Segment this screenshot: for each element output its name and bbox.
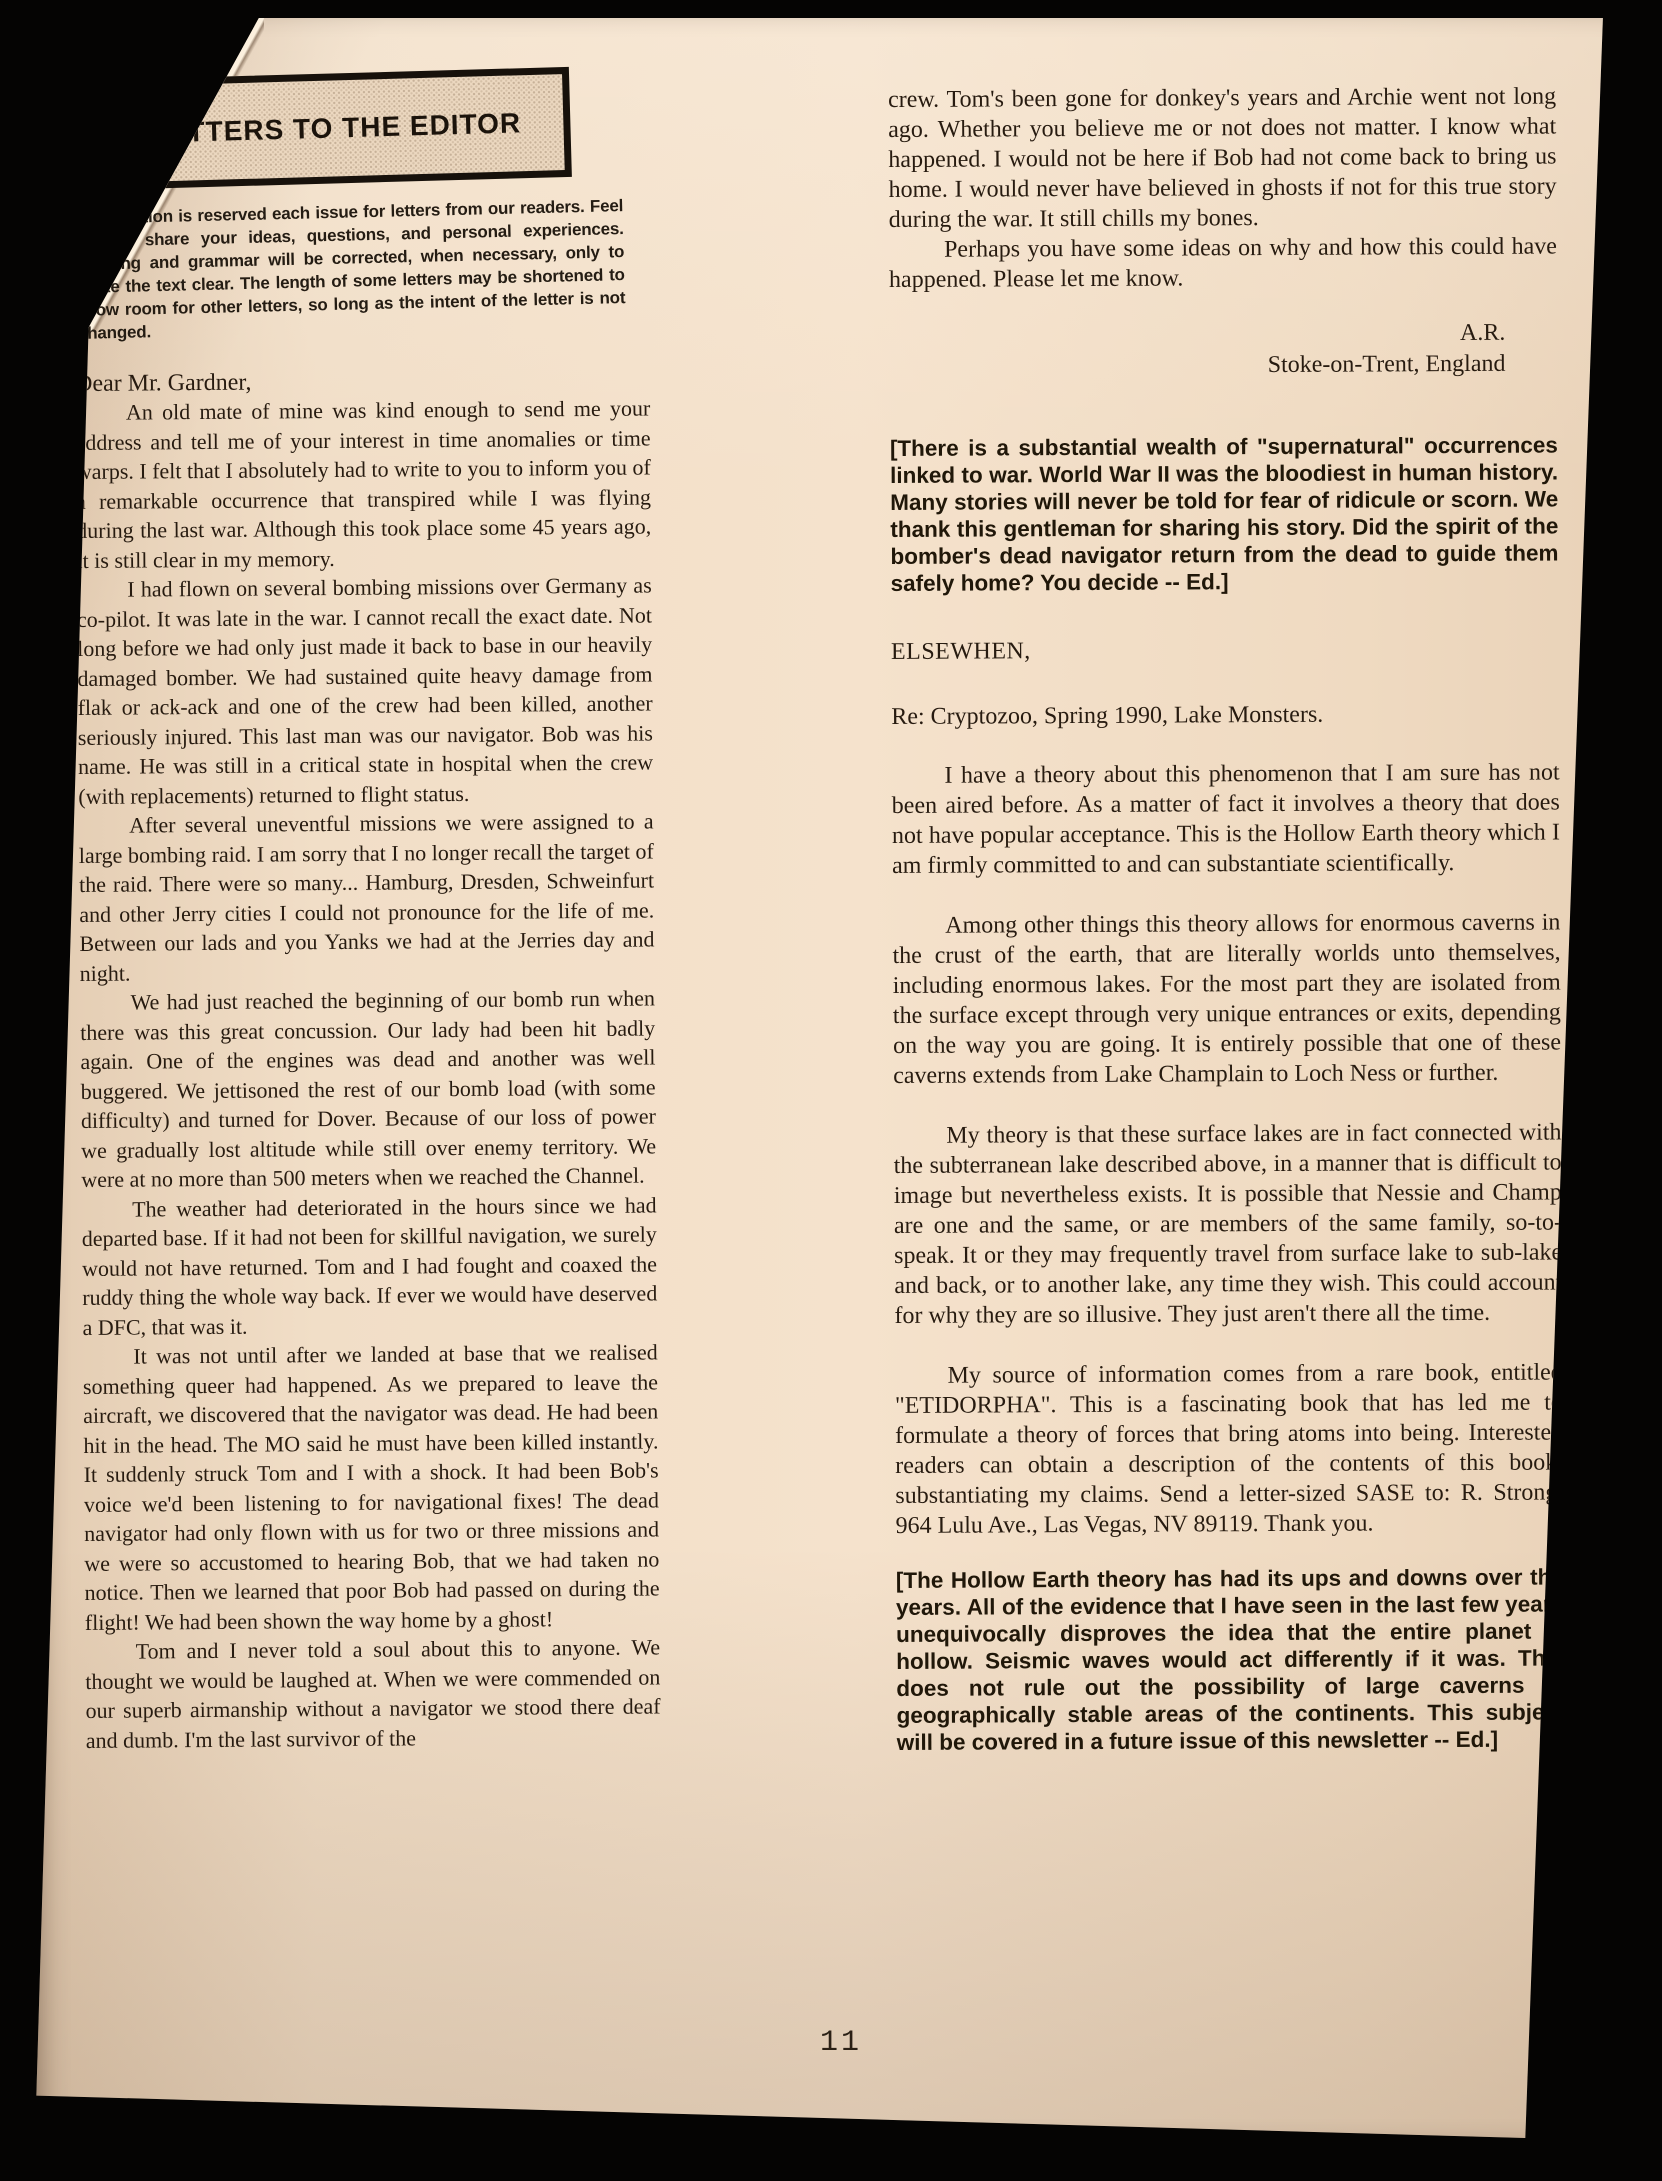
- letter-paragraph: Perhaps you have some ideas on why and h…: [889, 232, 1557, 295]
- elsewhen-heading: ELSEWHEN,: [891, 635, 1559, 665]
- elsewhen-paragraph: My source of information comes from a ra…: [895, 1357, 1564, 1540]
- letter-paragraph: I had flown on several bombing missions …: [77, 570, 654, 811]
- section-intro-text: This section is reserved each issue for …: [75, 194, 626, 345]
- masthead-box: LETTERS TO THE EDITOR: [99, 67, 572, 190]
- letter-paragraph: We had just reached the beginning of our…: [80, 983, 657, 1194]
- letter-signature: A.R. Stoke-on-Trent, England: [889, 317, 1557, 382]
- signature-name: A.R.: [889, 318, 1505, 352]
- elsewhen-paragraph: My theory is that these surface lakes ar…: [893, 1117, 1562, 1330]
- editor-note-hollow-earth: [The Hollow Earth theory has had its ups…: [896, 1563, 1565, 1755]
- page-number: 11: [820, 2026, 862, 2060]
- ghost-letter-right: crew. Tom's been gone for donkey's years…: [888, 82, 1558, 383]
- page-title: LETTERS TO THE EDITOR: [149, 107, 521, 149]
- ghost-letter-left: Dear Mr. Gardner, An old mate of mine wa…: [75, 366, 661, 1754]
- letter-paragraph: After several uneventful missions we wer…: [78, 806, 654, 988]
- letter-paragraph: The weather had deteriorated in the hour…: [81, 1190, 657, 1342]
- elsewhen-re-line: Re: Cryptozoo, Spring 1990, Lake Monster…: [891, 700, 1559, 730]
- letter-paragraph: Tom and I never told a soul about this t…: [85, 1632, 661, 1755]
- elsewhen-paragraph: Among other things this theory allows fo…: [892, 907, 1561, 1090]
- elsewhen-letter: ELSEWHEN, Re: Cryptozoo, Spring 1990, La…: [891, 635, 1564, 1540]
- letter-paragraph: An old mate of mine was kind enough to s…: [75, 393, 651, 575]
- left-column: LETTERS TO THE EDITOR This section is re…: [75, 80, 650, 1755]
- scanned-newsletter-page: LETTERS TO THE EDITOR This section is re…: [30, 18, 1614, 2138]
- elsewhen-paragraph: I have a theory about this phenomenon th…: [892, 757, 1561, 880]
- letter-paragraph: It was not until after we landed at base…: [83, 1337, 660, 1637]
- signature-location: Stoke-on-Trent, England: [889, 349, 1505, 383]
- editor-note-war: [There is a substantial wealth of "super…: [890, 431, 1559, 596]
- right-column: crew. Tom's been gone for donkey's years…: [888, 82, 1565, 1756]
- letter-paragraph: crew. Tom's been gone for donkey's years…: [888, 82, 1557, 235]
